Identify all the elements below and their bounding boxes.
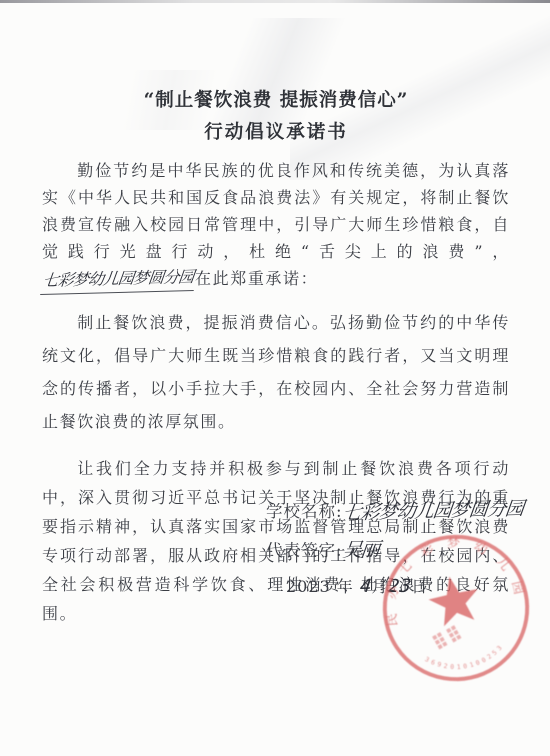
date-year-text: 2023 年 bbox=[286, 577, 354, 596]
official-seal: 民办七彩梦幼儿园梦圆分园 3692010100253 bbox=[363, 515, 548, 700]
paragraph-pledge-intro-text: 勤俭节约是中华民族的优良作风和传统美德，为认真落实《中华人民共和国反食品浪费法》… bbox=[42, 161, 510, 261]
svg-text:3692010100253: 3692010100253 bbox=[422, 640, 508, 679]
school-name-label: 学校名称: bbox=[266, 502, 343, 521]
seal-inner-marks bbox=[432, 624, 461, 650]
paragraph-pledge-intro-tail: 在此郑重承诺： bbox=[195, 269, 318, 288]
seal-serial-number: 3692010100253 bbox=[422, 640, 508, 679]
paragraph-pledge-intro: 勤俭节约是中华民族的优良作风和传统美德，为认真落实《中华人民共和国反食品浪费法》… bbox=[42, 157, 510, 293]
representative-signature-label: 代表签字: bbox=[266, 541, 343, 560]
paragraph-commitment: 制止餐饮浪费，提振消费信心。弘扬勤俭节约的中华传统文化，倡导广大师生既当珍惜粮食… bbox=[42, 306, 510, 438]
seal-star-icon bbox=[425, 571, 484, 628]
document-page: “制止餐饮浪费 提振消费信心” 行动倡议承诺书 勤俭节约是中华民族的优良作风和传… bbox=[0, 0, 550, 756]
document-subtitle: 行动倡议承诺书 bbox=[42, 118, 510, 148]
signature-school-row: 学校名称:七彩梦幼儿园梦圆分园 bbox=[266, 496, 516, 523]
scan-top-edge bbox=[0, 0, 550, 3]
school-name-handwritten-inline: 七彩梦幼儿园梦圆分园 bbox=[40, 263, 197, 295]
document-title: “制止餐饮浪费 提振消费信心” bbox=[42, 86, 510, 116]
